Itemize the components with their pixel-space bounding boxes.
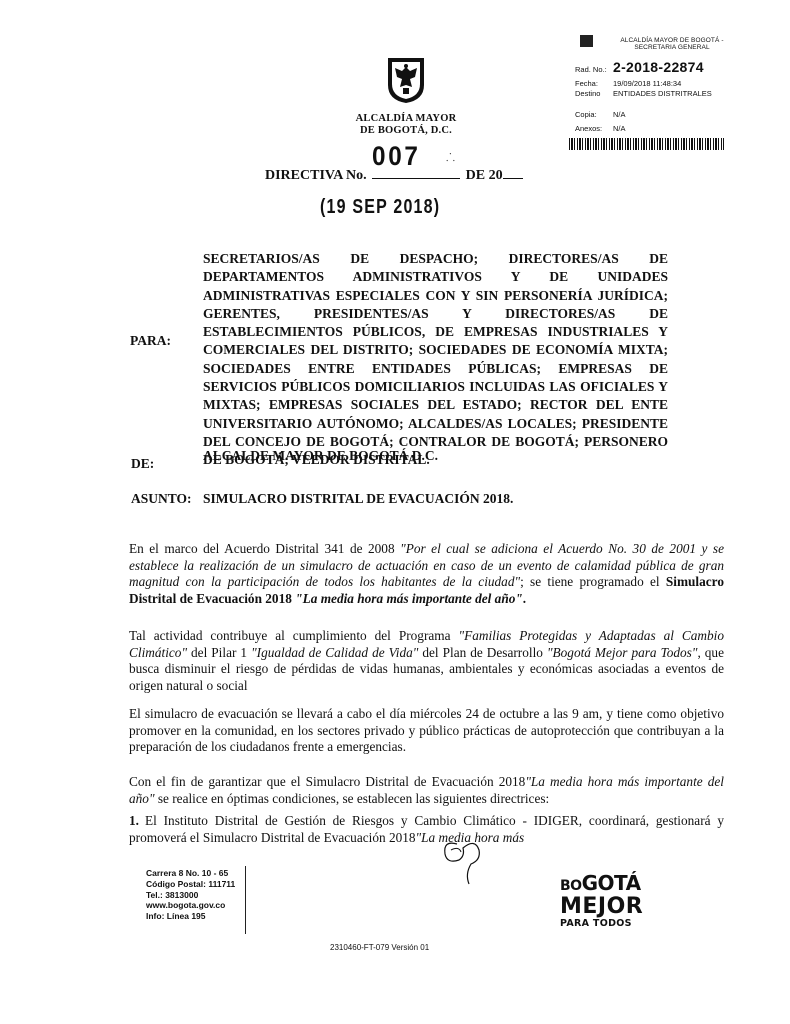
brand-line-2: MEJOR [560,896,643,918]
radicado-value: 2-2018-22874 [613,59,704,75]
stamp-copia: Copia:N/A [575,110,626,119]
asunto-label: ASUNTO: [131,491,192,507]
para-label: PARA: [130,333,171,349]
paragraph-1: En el marco del Acuerdo Distrital 341 de… [129,541,724,607]
fecha-value: 19/09/2018 11:48:34 [613,79,681,88]
item-number: 1. [129,813,145,830]
p2-plan: "Bogotá Mejor para Todos" [547,645,698,660]
form-code: 2310460-FT-079 Versión 01 [330,943,429,952]
footer-contact: Carrera 8 No. 10 - 65 Código Postal: 111… [146,868,235,922]
p1-text-2: ; se tiene programado el [520,574,666,589]
number-blank-line [372,177,460,179]
stamp-anexos: Anexos:N/A [575,124,626,133]
p2-text: Tal actividad contribuye al cumplimiento… [129,628,458,643]
paragraph-2: Tal actividad contribuye al cumplimiento… [129,628,724,694]
anexos-value: N/A [613,124,626,133]
de-sender: ALCALDE MAYOR DE BOGOTÁ D.C. [203,448,438,464]
paragraph-3: El simulacro de evacuación se llevará a … [129,706,724,756]
p4-text: Con el fin de garantizar que el Simulacr… [129,774,525,789]
bogota-mejor-logo: BOGOTÁ MEJOR PARA TODOS [560,873,643,929]
para-recipients: SECRETARIOS/AS DE DESPACHO; DIRECTORES/A… [203,250,668,470]
de-label: DE: [131,456,154,472]
institution-name: ALCALDÍA MAYOR DE BOGOTÁ, D.C. [330,113,482,137]
p2-text-3: del Plan de Desarrollo [418,645,547,660]
year-blank-line [503,177,523,179]
fecha-label: Fecha: [575,79,613,88]
stamp-fecha: Fecha:19/09/2018 11:48:34 [575,79,681,88]
footer-info: Info: Línea 195 [146,911,235,922]
stamp-org-line-2: SECRETARIA GENERAL [617,44,727,51]
directive-title: DIRECTIVA No. DE 20 [265,168,523,184]
brand-line-3: PARA TODOS [560,918,643,929]
bogota-shield-icon [580,35,593,47]
p1-text: En el marco del Acuerdo Distrital 341 de… [129,541,400,556]
destino-label: Destino [575,89,613,98]
date-stamp: (19 SEP 2018) [320,196,440,219]
copia-label: Copia: [575,110,613,119]
paragraph-4: Con el fin de garantizar que el Simulacr… [129,774,724,807]
anexos-label: Anexos: [575,124,613,133]
directive-label: DIRECTIVA No. [265,168,367,183]
institution-line-1: ALCALDÍA MAYOR [330,113,482,125]
directive-item-1: 1.El Instituto Distrital de Gestión de R… [129,813,724,846]
p1-slogan: "La media hora más importante del año" [295,591,523,606]
stamp-radicado: Rad. No.:2-2018-22874 [575,59,704,75]
footer-address: Carrera 8 No. 10 - 65 [146,868,235,879]
stamp-org-line-1: ALCALDÍA MAYOR DE BOGOTÁ - [617,37,727,44]
footer-divider [245,866,246,934]
p1-end: . [523,591,526,606]
footer-phone: Tel.: 3813000 [146,890,235,901]
coat-of-arms-icon [385,55,427,105]
barcode-icon [569,138,724,150]
directive-year-label: DE 20 [466,168,503,183]
brand-line-1: GOTÁ [582,871,641,895]
stamp-mark: ⸫ [446,150,455,165]
p2-pillar: "Igualdad de Calidad de Vida" [251,645,418,660]
signature-initials-icon [435,830,495,886]
asunto-subject: SIMULACRO DISTRITAL DE EVACUACIÓN 2018. [203,491,513,507]
copia-value: N/A [613,110,626,119]
p2-text-2: del Pilar 1 [187,645,251,660]
p4-text-2: se realice en óptimas condiciones, se es… [155,791,550,806]
destino-value: ENTIDADES DISTRITRALES [613,89,712,98]
institution-line-2: DE BOGOTÁ, D.C. [330,125,482,137]
radicado-label: Rad. No.: [575,65,613,74]
stamp-organization: ALCALDÍA MAYOR DE BOGOTÁ - SECRETARIA GE… [617,37,727,51]
footer-postal: Código Postal: 111711 [146,879,235,890]
footer-website[interactable]: www.bogota.gov.co [146,900,235,911]
brand-line-1-small: BO [560,878,582,894]
stamp-destino: DestinoENTIDADES DISTRITRALES [575,89,712,98]
